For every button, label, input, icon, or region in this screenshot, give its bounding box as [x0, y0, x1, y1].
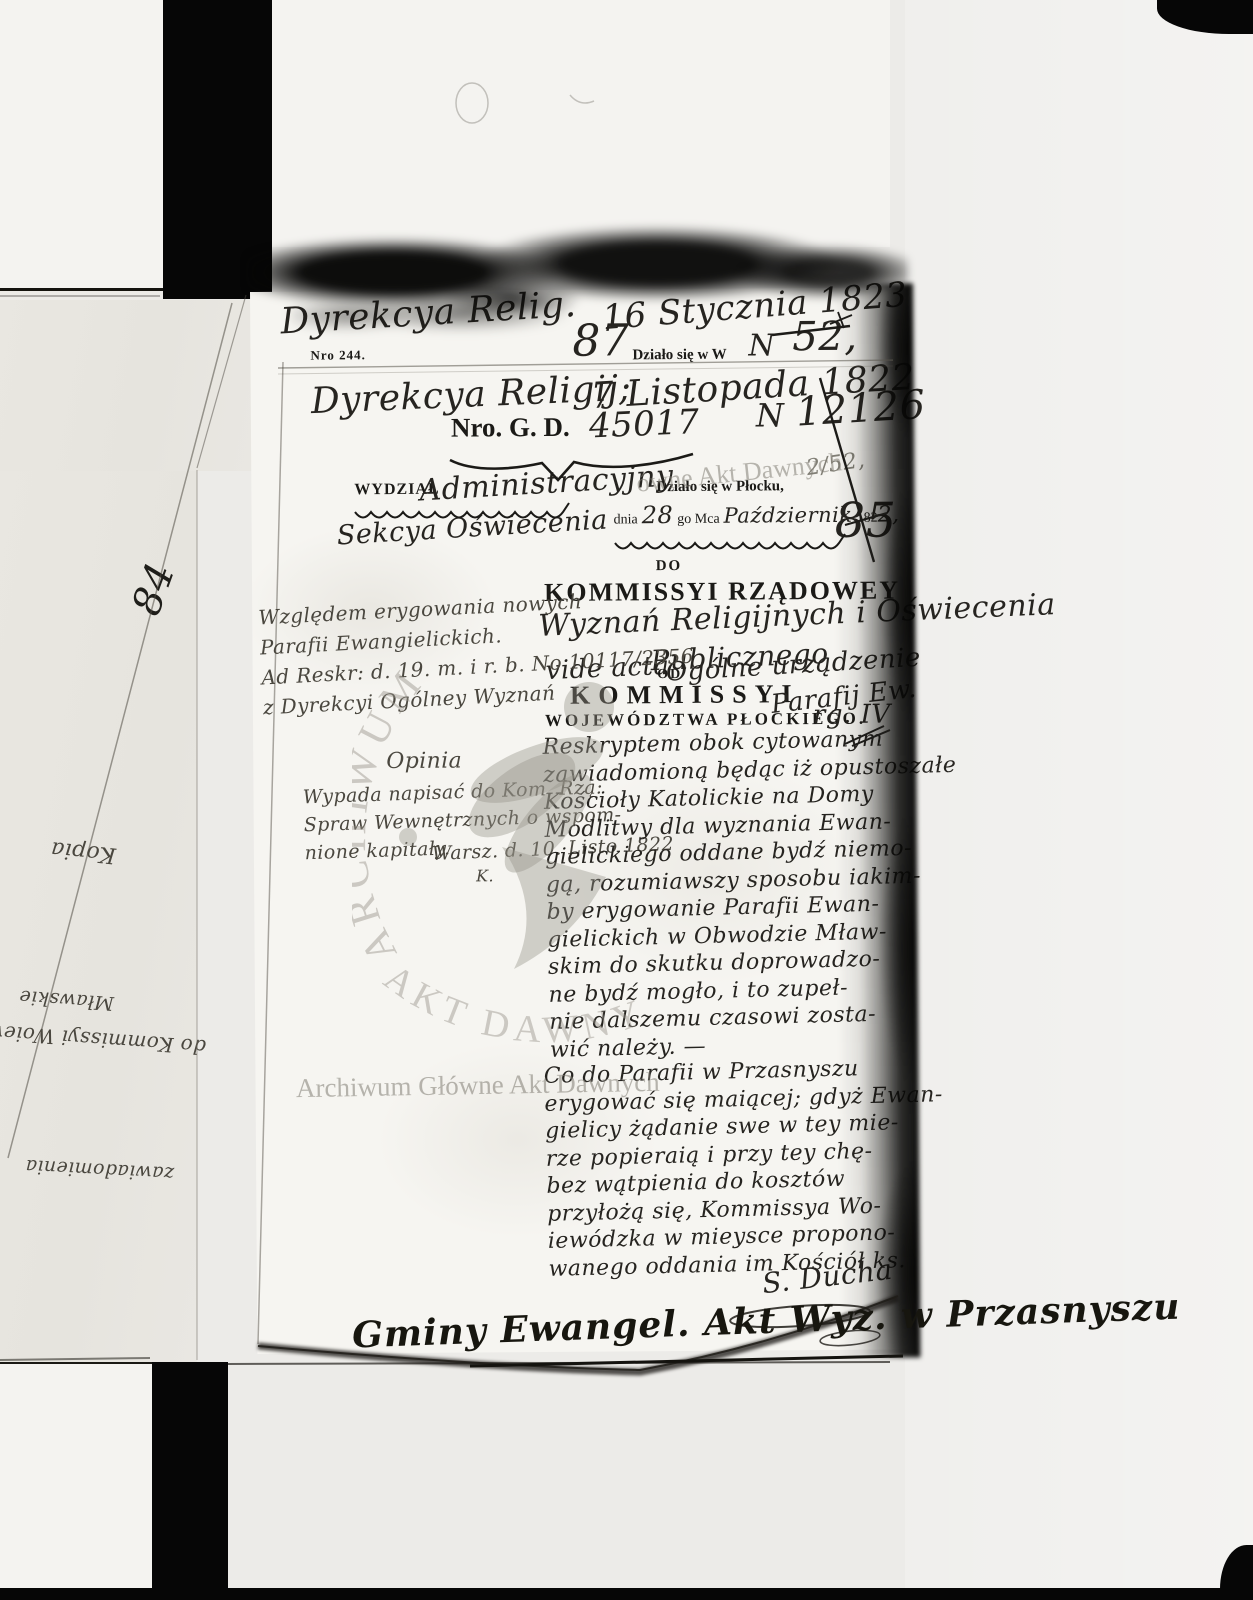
page-left-edge	[258, 362, 283, 1344]
scallop-rule-left	[355, 503, 569, 518]
microfilm-frame: 84 Kopia Mławskie do Kommissyi Woiew. za…	[0, 0, 1253, 1600]
under-page-crease	[8, 303, 232, 1158]
pencil-squiggle-mark	[570, 95, 594, 103]
under-page-bottom-edge	[0, 1358, 150, 1360]
film-gap-band-bottom	[152, 1362, 228, 1588]
diagonal-stroke-tick	[845, 513, 887, 525]
gd-underline-brace	[450, 454, 693, 480]
film-edge-strip-bottom	[0, 1588, 1253, 1600]
rg-iv-strike	[845, 726, 890, 746]
under-page-corner-crease	[197, 295, 246, 468]
n52-overbar	[772, 326, 850, 335]
pencil-circle-mark	[456, 83, 488, 123]
ink-strokes-overlay	[0, 0, 1253, 1600]
scallop-rule-right	[615, 534, 845, 549]
bottom-left-page	[0, 1362, 152, 1590]
diagonal-cancel-stroke	[820, 378, 874, 562]
